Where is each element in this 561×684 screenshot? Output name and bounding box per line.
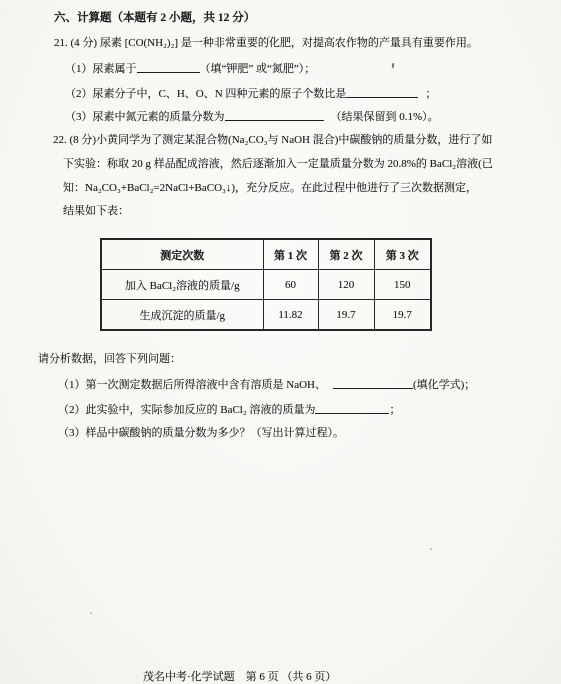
table-cell: 150 [374,270,431,300]
scan-artifact [430,548,432,550]
table-header-cell: 第 3 次 [374,239,431,270]
answer-blank [333,377,413,389]
answer-blank [346,86,418,98]
q22-item-3: （3）样品中碳酸钠的质量分数为多少？（写出计算过程）。 [58,426,344,440]
table-header-row: 测定次数 第 1 次 第 2 次 第 3 次 [101,239,431,270]
answer-blank [137,61,200,73]
measurement-table: 测定次数 第 1 次 第 2 次 第 3 次 加入 BaCl₂溶液的质量/g 6… [100,238,432,331]
q22-item2-text: （2）此实验中，实际参加反应的 BaCl₂ 溶液的质量为 [58,404,315,416]
table-row-label: 生成沉淀的质量/g [101,300,263,331]
table-cell: 19.7 [318,300,374,331]
q21-item1-text: （1）尿素属于 [65,63,137,75]
table-row: 加入 BaCl₂溶液的质量/g 60 120 150 [101,270,431,300]
q22-item-1: （1）第一次测定数据后所得溶液中含有溶质是 NaOH、(填化学式)； [58,377,475,392]
q22-stem-line-2: 下实验：称取 20 g 样品配成溶液，然后逐渐加入一定量质量分数为 20.8%的… [63,157,493,171]
table-header-cell: 测定次数 [101,239,263,270]
scanned-exam-page: 六、计算题（本题有 2 小题，共 12 分） 21. (4 分) 尿素 [CO(… [0,0,561,684]
q21-item2-punct: ； [425,88,436,100]
page-footer: 茂名中考·化学试题 第 6 页 （共 6 页） [143,670,336,684]
q22-item1-text: （1）第一次测定数据后所得溶液中含有溶质是 NaOH、 [58,379,326,391]
q21-item2-text: （2）尿素分子中，C、H、O、N 四种元素的原子个数比是 [65,88,346,100]
q21-item3-text: （3）尿素中氮元素的质量分数为 [65,111,225,123]
q21-item1-hint: （填“钾肥” 或“氮肥”）； [200,63,316,75]
q22-stem-line-1: 22. (8 分)小黄同学为了测定某混合物(Na₂CO₃与 NaOH 混合)中碳… [53,133,492,147]
table-cell: 19.7 [374,300,431,331]
answer-blank [315,402,389,414]
scan-artifact [392,63,395,68]
q21-stem: 21. (4 分) 尿素 [CO(NH₂)₂] 是一种非常重要的化肥，对提高农作… [54,36,478,50]
q22-item2-punct: ； [389,404,400,416]
q21-item-2: （2）尿素分子中，C、H、O、N 四种元素的原子个数比是； [65,86,436,101]
q22-stem-line-3: 知：Na₂CO₃+BaCl₂=2NaCl+BaCO₃↓)，充分反应。在此过程中他… [63,181,477,195]
table-cell: 120 [318,270,374,300]
table-cell: 11.82 [263,300,318,331]
q22-item-2: （2）此实验中，实际参加反应的 BaCl₂ 溶液的质量为； [58,402,400,417]
table-cell: 60 [263,270,318,300]
q21-item-1: （1）尿素属于（填“钾肥” 或“氮肥”）； [65,61,315,76]
q21-item3-hint: （结果保留到 0.1%）。 [331,111,439,123]
table-header-cell: 第 1 次 [263,239,318,270]
answer-blank [225,109,324,121]
table-header-cell: 第 2 次 [318,239,374,270]
analysis-prompt: 请分析数据，回答下列问题： [38,352,181,366]
scan-artifact [268,36,270,38]
q22-stem-line-4: 结果如下表： [63,204,129,218]
table-row-label: 加入 BaCl₂溶液的质量/g [101,270,263,300]
section-title: 六、计算题（本题有 2 小题，共 12 分） [54,11,255,25]
q22-item1-hint: (填化学式)； [413,379,475,391]
scan-artifact [90,612,92,614]
table-row: 生成沉淀的质量/g 11.82 19.7 19.7 [101,300,431,331]
q21-item-3: （3）尿素中氮元素的质量分数为（结果保留到 0.1%）。 [65,109,439,124]
